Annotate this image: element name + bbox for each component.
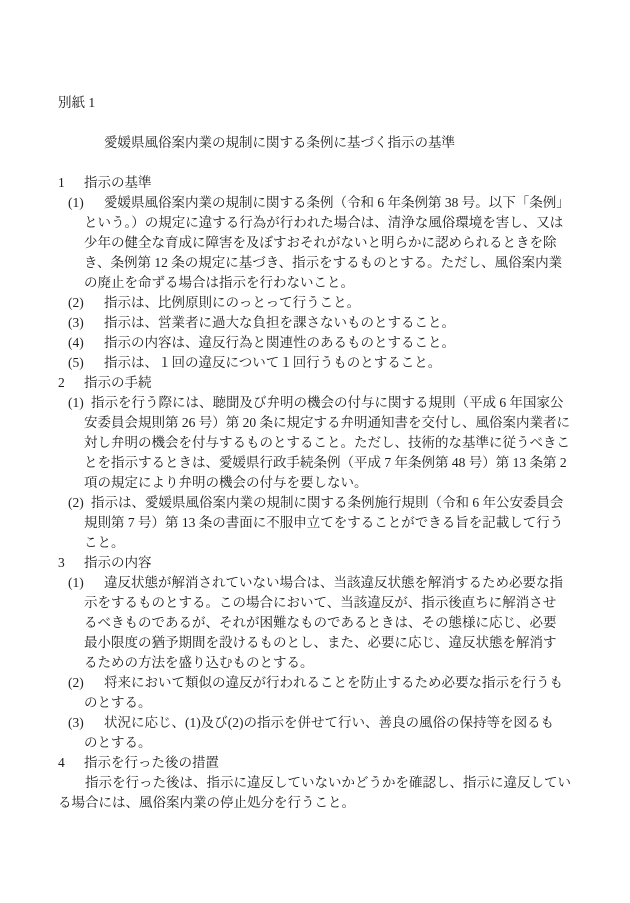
section-heading: 2指示の手続	[58, 373, 572, 393]
item-text: 状況に応じ、(1)及び(2)の指示を併せて行い、善良の風俗の保持等を図るも のと…	[84, 715, 554, 750]
attachment-label: 別紙 1	[58, 93, 572, 113]
section-1: 1指示の基準 (1)愛媛県風俗案内業の規制に関する条例（令和 6 年条例第 38…	[58, 173, 572, 373]
list-item: (5)指示は、１回の違反について１回行うものとすること。	[58, 353, 572, 373]
section-heading: 3指示の内容	[58, 553, 572, 573]
item-text: 指示は、比例原則にのっとって行うこと。	[104, 295, 360, 310]
list-item: (1)違反状態が解消されていない場合は、当該違反状態を解消するため必要な指 示を…	[58, 573, 572, 673]
item-text: 将来において類似の違反が行われることを防止するため必要な指示を行うも のとする。	[84, 675, 563, 710]
item-marker: (4)	[68, 333, 84, 353]
section-heading-text: 指示の基準	[84, 175, 152, 190]
item-marker: (2)	[68, 673, 84, 693]
section-heading: 4指示を行った後の措置	[58, 753, 572, 773]
list-item: (1)愛媛県風俗案内業の規制に関する条例（令和 6 年条例第 38 号。以下「条…	[58, 193, 572, 293]
item-marker: (3)	[68, 713, 84, 733]
list-item: (2)指示は、愛媛県風俗案内業の規制に関する条例施行規則（令和 6 年公安委員会…	[58, 493, 572, 553]
section-number: 2	[58, 373, 84, 393]
item-marker: (5)	[68, 353, 84, 373]
item-text: 指示は、１回の違反について１回行うものとすること。	[104, 355, 441, 370]
document-page: 別紙 1 愛媛県風俗案内業の規制に関する条例に基づく指示の基準 1指示の基準 (…	[0, 0, 630, 903]
list-item: (4)指示の内容は、違反行為と関連性のあるものとすること。	[58, 333, 572, 353]
item-text: 違反状態が解消されていない場合は、当該違反状態を解消するため必要な指 示をするも…	[84, 575, 563, 670]
item-marker: (1)	[68, 573, 84, 593]
list-item: (3)指示は、営業者に過大な負担を課さないものとすること。	[58, 313, 572, 333]
section-3: 3指示の内容 (1)違反状態が解消されていない場合は、当該違反状態を解消するため…	[58, 553, 572, 753]
section-number: 1	[58, 173, 84, 193]
item-marker: (3)	[68, 313, 84, 333]
item-text: 愛媛県風俗案内業の規制に関する条例（令和 6 年条例第 38 号。以下「条例」 …	[84, 195, 570, 290]
section-heading-text: 指示の手続	[84, 375, 152, 390]
document-title: 愛媛県風俗案内業の規制に関する条例に基づく指示の基準	[104, 133, 572, 153]
item-marker: (1)	[68, 193, 84, 213]
list-item: (2)指示は、比例原則にのっとって行うこと。	[58, 293, 572, 313]
section-number: 4	[58, 753, 84, 773]
item-marker: (2)	[68, 493, 84, 513]
item-text: 指示を行う際には、聴聞及び弁明の機会の付与に関する規則（平成 6 年国家公 安委…	[84, 395, 570, 490]
section-heading: 1指示の基準	[58, 173, 572, 193]
item-marker: (2)	[68, 293, 84, 313]
item-text: 指示は、愛媛県風俗案内業の規制に関する条例施行規則（令和 6 年公安委員会 規則…	[84, 495, 564, 550]
item-marker: (1)	[68, 393, 84, 413]
section-2: 2指示の手続 (1)指示を行う際には、聴聞及び弁明の機会の付与に関する規則（平成…	[58, 373, 572, 553]
section-heading-text: 指示を行った後の措置	[84, 755, 219, 770]
section-heading-text: 指示の内容	[84, 555, 152, 570]
list-item: (1)指示を行う際には、聴聞及び弁明の機会の付与に関する規則（平成 6 年国家公…	[58, 393, 572, 493]
list-item: (3)状況に応じ、(1)及び(2)の指示を併せて行い、善良の風俗の保持等を図るも…	[58, 713, 572, 753]
closing-paragraph: 指示を行った後は、指示に違反していないかどうかを確認し、指示に違反してい る場合…	[58, 773, 572, 813]
section-4: 4指示を行った後の措置 指示を行った後は、指示に違反していないかどうかを確認し、…	[58, 753, 572, 813]
list-item: (2)将来において類似の違反が行われることを防止するため必要な指示を行うも のと…	[58, 673, 572, 713]
section-number: 3	[58, 553, 84, 573]
item-text: 指示の内容は、違反行為と関連性のあるものとすること。	[104, 335, 455, 350]
item-text: 指示は、営業者に過大な負担を課さないものとすること。	[104, 315, 455, 330]
